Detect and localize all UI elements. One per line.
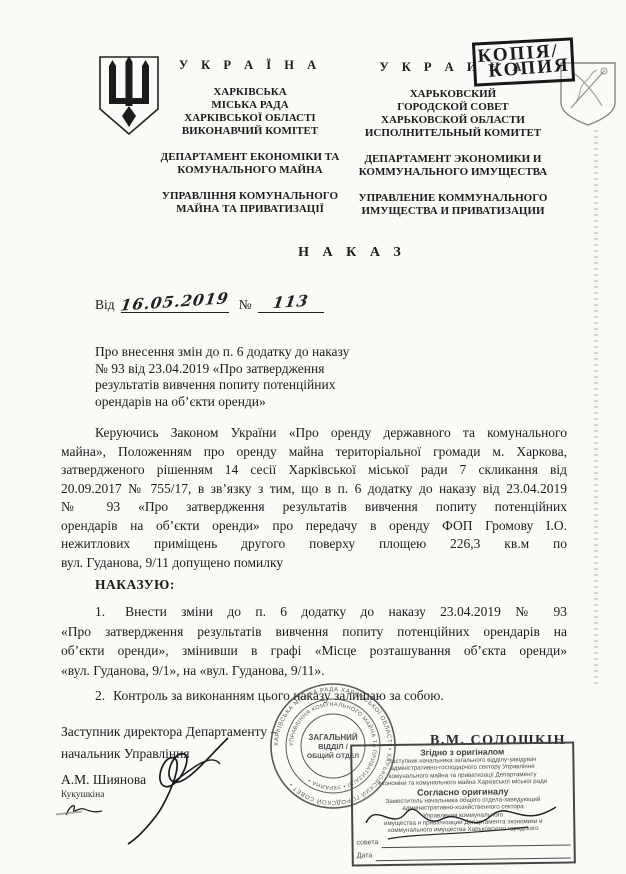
preamble-paragraph: Керуючись Законом України «Про оренду де…: [61, 424, 567, 572]
subject-line: результатів вивчення попиту потенційних: [95, 377, 425, 394]
scan-artifact: [594, 130, 598, 685]
paragraph-line: 1.Внести зміни до п. 6 додатку до наказу…: [61, 602, 567, 622]
org-line: ВИКОНАВЧИЙ КОМІТЕТ: [156, 125, 344, 138]
department-line: ДЕПАРТАМЕНТ ЭКОНОМИКИ И: [344, 153, 562, 166]
number-label: №: [239, 297, 252, 313]
paragraph-line: майна», Положенням про оренду майна тери…: [61, 443, 567, 462]
cert-date-row: Дата: [357, 847, 571, 861]
document-page: У К Р А Ї Н А ХАРКІВСЬКА МІСЬКА РАДА ХАР…: [0, 0, 626, 874]
paragraph-line: «Про затвердження результатів вивчення п…: [61, 622, 567, 642]
org-line: ХАРКІВСЬКОЇ ОБЛАСТІ: [156, 112, 344, 125]
cert-date-label: Дата: [357, 850, 373, 861]
clerk-initials-signature: [62, 799, 106, 821]
paragraph-line: затвердженого рішенням 14 сесії Харківсь…: [61, 461, 567, 480]
handwritten-date: 16.05.2019: [119, 288, 230, 314]
org-line: ГОРОДСКОЙ СОВЕТ: [344, 101, 562, 114]
org-line: МІСЬКА РАДА: [156, 99, 344, 112]
item-text: Внести зміни до п. 6 додатку до наказу 2…: [125, 604, 567, 619]
division-line: УПРАВЛІННЯ КОМУНАЛЬНОГО: [156, 190, 344, 203]
resolve-heading: НАКАЗУЮ:: [95, 577, 175, 593]
order-title: Н А К А З: [277, 245, 427, 261]
department-line: КОММУНАЛЬНОГО ИМУЩЕСТВА: [344, 166, 562, 179]
department-line: КОМУНАЛЬНОГО МАЙНА: [156, 164, 344, 177]
org-line: ХАРКІВСЬКА: [156, 86, 344, 99]
division-line: МАЙНА ТА ПРИВАТИЗАЦІЇ: [156, 203, 344, 216]
stamp-center-line: ВІДДІЛ /: [318, 742, 349, 751]
date-label: Від: [95, 297, 115, 313]
division-line: ИМУЩЕСТВА И ПРИВАТИЗАЦИИ: [344, 205, 562, 218]
cert-stamp-signature: [358, 795, 568, 845]
org-line: ИСПОЛНИТЕЛЬНЫЙ КОМИТЕТ: [344, 127, 562, 140]
paragraph-line: об’єкти оренди», змінивши в графі «Місце…: [61, 641, 567, 661]
subject-line: Про внесення змін до п. 6 додатку до нак…: [95, 344, 425, 361]
org-line: ХАРЬКОВСКОЙ ОБЛАСТИ: [344, 114, 562, 127]
item-number: 1.: [95, 604, 125, 619]
date-blank-line: 16.05.2019: [121, 290, 229, 313]
ukraine-trident-emblem-icon: [94, 54, 164, 138]
paragraph-line: орендарів на об’єкти оренди» про передач…: [61, 517, 567, 536]
copy-stamp: КОПІЯ/ КОПИЯ: [472, 37, 576, 86]
paragraph-line: нежитлових приміщень другого поверху пло…: [61, 535, 567, 554]
director-signature: [116, 724, 246, 849]
paragraph-line: 20.09.2017 № 755/17, в зв’язку з тим, що…: [61, 480, 567, 499]
org-line: ХАРЬКОВСКИЙ: [344, 88, 562, 101]
paragraph-line: Керуючись Законом України «Про оренду де…: [61, 424, 567, 443]
department-line: ДЕПАРТАМЕНТ ЕКОНОМІКИ ТА: [156, 151, 344, 164]
stamp-center-line: ЗАГАЛЬНИЙ: [308, 733, 358, 742]
division-line: УПРАВЛЕНИЕ КОММУНАЛЬНОГО: [344, 192, 562, 205]
paragraph-line: вул. Гуданова, 9/11 допущено помилку: [61, 554, 567, 573]
item-number: 2.: [95, 688, 113, 703]
subject-line: № 93 від 23.04.2019 «Про затвердження: [95, 361, 425, 378]
paragraph-line: № 93 «Про затвердження результатів вивче…: [61, 498, 567, 517]
country-name-ua: У К Р А Ї Н А: [156, 58, 344, 73]
copy-stamp-line-ru: КОПИЯ: [488, 56, 571, 82]
subject-line: орендарів на об’єкти оренди»: [95, 394, 425, 411]
header-left-column: У К Р А Ї Н А ХАРКІВСЬКА МІСЬКА РАДА ХАР…: [156, 58, 344, 216]
date-number-row: Від 16.05.2019 № 113: [95, 290, 324, 313]
date-blank-line: [375, 848, 571, 861]
subject-block: Про внесення змін до п. 6 додатку до нак…: [95, 344, 425, 410]
number-blank-line: 113: [258, 290, 324, 313]
handwritten-number: 113: [271, 291, 310, 312]
